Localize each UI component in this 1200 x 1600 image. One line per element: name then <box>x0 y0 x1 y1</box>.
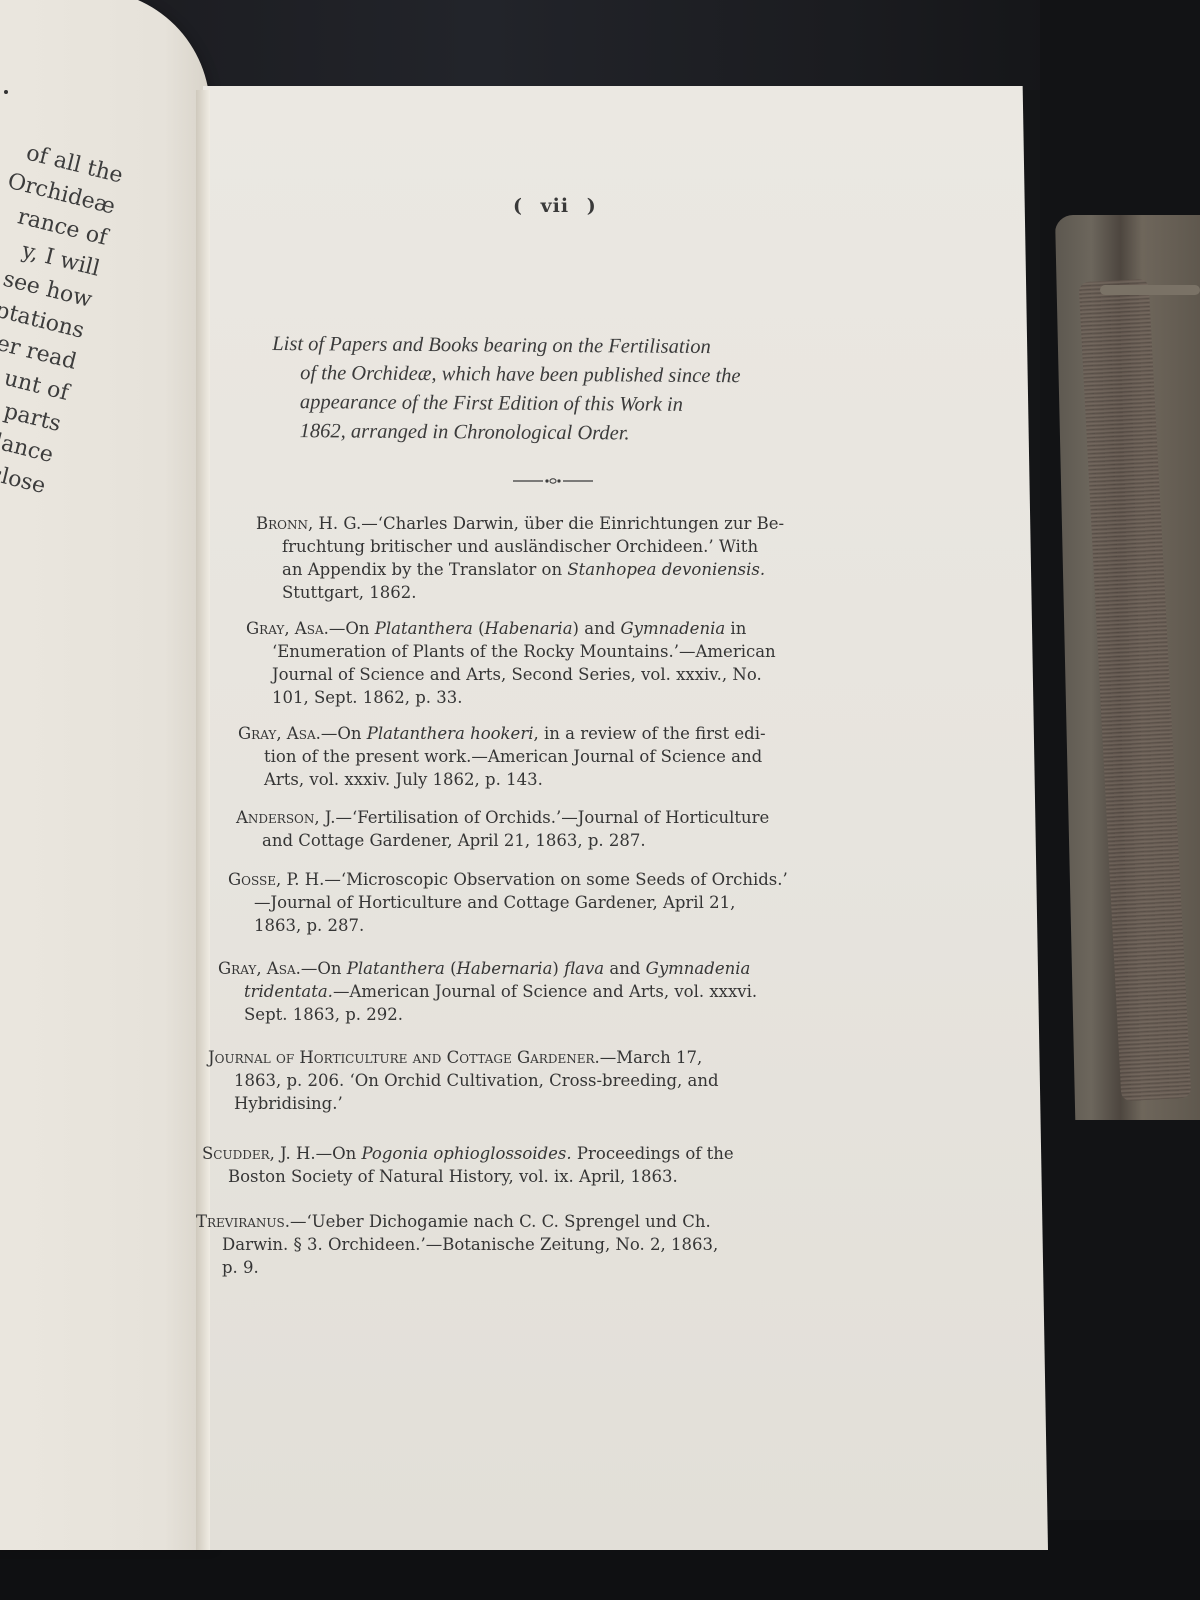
entry-italic: Pogonia ophioglossoides. <box>362 1144 572 1163</box>
entry-text: Arts, vol. xxxiv. July 1862, p. 143. <box>238 768 766 791</box>
entry-text: ( <box>473 619 485 638</box>
entry-italic: Platanthera <box>347 959 445 978</box>
entry-text: —‘Charles Darwin, über die Einrichtungen… <box>361 514 784 533</box>
entry-author: Gray, Asa. <box>218 959 301 978</box>
entry-text: , in a review of the first edi- <box>534 724 766 743</box>
entry-text: —‘Microscopic Observation on some Seeds … <box>324 870 787 889</box>
entry-text: —Journal of Horticulture and Cottage Gar… <box>228 891 788 914</box>
bibliography-entry: Journal of Horticulture and Cottage Gard… <box>208 1046 719 1115</box>
entry-italic: Stanhopea devoniensis. <box>567 560 765 579</box>
entry-text: 1863, p. 206. ‘On Orchid Cultivation, Cr… <box>208 1069 719 1092</box>
entry-italic: Platanthera <box>375 619 473 638</box>
entry-text: Proceedings of the <box>572 1144 734 1163</box>
entry-author: Gray, Asa. <box>238 724 321 743</box>
entry-author: Gosse, P. H. <box>228 870 324 889</box>
bibliography-entry: Scudder, J. H.—On Pogonia ophioglossoide… <box>202 1142 734 1188</box>
entry-italic: tridentata. <box>244 982 333 1001</box>
title-line: 1862, arranged in Chronological Order. <box>272 417 857 450</box>
entry-text: ‘Enumeration of Plants of the Rocky Moun… <box>246 640 776 663</box>
entry-text: p. 9. <box>196 1256 718 1279</box>
entry-text: Darwin. § 3. Orchideen.’—Botanische Zeit… <box>196 1233 718 1256</box>
entry-author: Anderson, J. <box>236 808 335 827</box>
entry-text: —On <box>329 619 375 638</box>
entry-text: ) and <box>573 619 621 638</box>
bibliography-entry: Gosse, P. H.—‘Microscopic Observation on… <box>228 868 788 937</box>
entry-text: an Appendix by the Translator on <box>282 560 567 579</box>
entry-text: fruchtung britischer und ausländischer O… <box>256 535 784 558</box>
entry-text: —On <box>301 959 347 978</box>
bibliography-entry: Gray, Asa.—On Platanthera (Habenaria) an… <box>246 617 776 709</box>
title-line: of the Orchideæ, which have been publish… <box>272 359 857 392</box>
entry-text: —March 17, <box>600 1048 702 1067</box>
title-line: appearance of the First Edition of this … <box>272 388 857 421</box>
entry-text: ) <box>552 959 564 978</box>
entry-text: —American Journal of Science and Arts, v… <box>333 982 757 1001</box>
bibliography-entry: Treviranus.—‘Ueber Dichogamie nach C. C.… <box>196 1210 718 1279</box>
entry-author: Treviranus. <box>196 1212 290 1231</box>
entry-text: —‘Ueber Dichogamie nach C. C. Sprengel u… <box>290 1212 711 1231</box>
entry-text: Stuttgart, 1862. <box>256 581 784 604</box>
page-title: List of Papers and Books bearing on the … <box>272 330 858 450</box>
old-book-headband <box>1100 285 1200 295</box>
ornament-divider-icon <box>513 477 593 485</box>
entry-text: and Cottage Gardener, April 21, 1863, p.… <box>236 829 769 852</box>
entry-author: Scudder, J. H. <box>202 1144 316 1163</box>
page-number: ( vii ) <box>513 195 597 217</box>
bibliography-entry: Bronn, H. G.—‘Charles Darwin, über die E… <box>256 512 784 604</box>
book-gutter <box>196 90 210 1550</box>
entry-text: and <box>604 959 646 978</box>
entry-text: tion of the present work.—American Journ… <box>238 745 766 768</box>
title-line: List of Papers and Books bearing on the … <box>272 330 857 363</box>
bibliography-entry: Gray, Asa.—On Platanthera hookeri, in a … <box>238 722 766 791</box>
entry-italic: Habernaria <box>457 959 553 978</box>
left-page-mark <box>4 90 8 94</box>
entry-text: Hybridising.’ <box>208 1092 719 1115</box>
entry-italic: Gymnadenia <box>621 619 726 638</box>
entry-italic: Gymnadenia <box>646 959 751 978</box>
entry-author: Journal of Horticulture and Cottage Gard… <box>208 1048 600 1067</box>
entry-text: ( <box>445 959 457 978</box>
entry-text: —‘Fertilisation of Orchids.’—Journal of … <box>335 808 769 827</box>
entry-author: Gray, Asa. <box>246 619 329 638</box>
entry-text: Sept. 1863, p. 292. <box>218 1003 757 1026</box>
entry-text: 1863, p. 287. <box>228 914 788 937</box>
entry-italic: flava <box>564 959 604 978</box>
entry-italic: Platanthera hookeri <box>367 724 534 743</box>
entry-text: —On <box>316 1144 362 1163</box>
entry-text: Journal of Science and Arts, Second Seri… <box>246 663 776 686</box>
bibliography-entry: Anderson, J.—‘Fertilisation of Orchids.’… <box>236 806 769 852</box>
entry-text: Boston Society of Natural History, vol. … <box>202 1165 734 1188</box>
entry-author: Bronn, H. G. <box>256 514 361 533</box>
entry-text: —On <box>321 724 367 743</box>
entry-italic: Habenaria <box>485 619 573 638</box>
bibliography-entry: Gray, Asa.—On Platanthera (Habernaria) f… <box>218 957 757 1026</box>
entry-text: in <box>725 619 746 638</box>
entry-text: 101, Sept. 1862, p. 33. <box>246 686 776 709</box>
